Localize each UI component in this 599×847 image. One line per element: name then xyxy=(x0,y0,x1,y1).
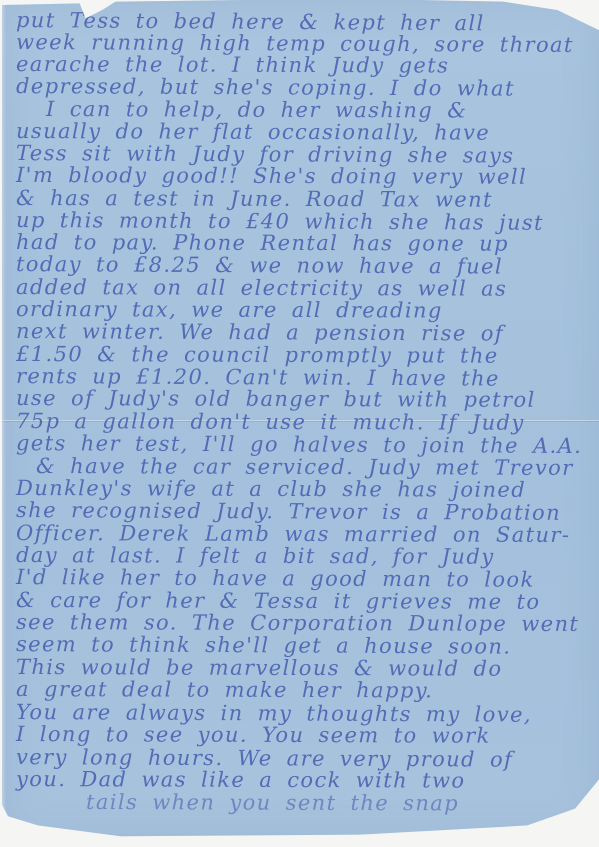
blue-letter-paper: put Tess to bed here & kept her all week… xyxy=(2,0,599,838)
handwritten-line: you. Dad was like a cock with two xyxy=(16,767,466,793)
handwritten-line-cutoff: tails when you sent the snap xyxy=(86,790,459,815)
handwritten-line: I'm bloody good!! She's doing very well xyxy=(16,163,527,189)
handwritten-line: use of Judy's old banger but with petrol xyxy=(16,386,536,412)
handwritten-line: a great deal to make her happy. xyxy=(16,677,433,702)
paper-left-edge xyxy=(2,0,6,838)
scanned-letter-page: put Tess to bed here & kept her all week… xyxy=(0,0,599,847)
handwritten-line: I long to see you. You seem to work xyxy=(16,722,491,748)
